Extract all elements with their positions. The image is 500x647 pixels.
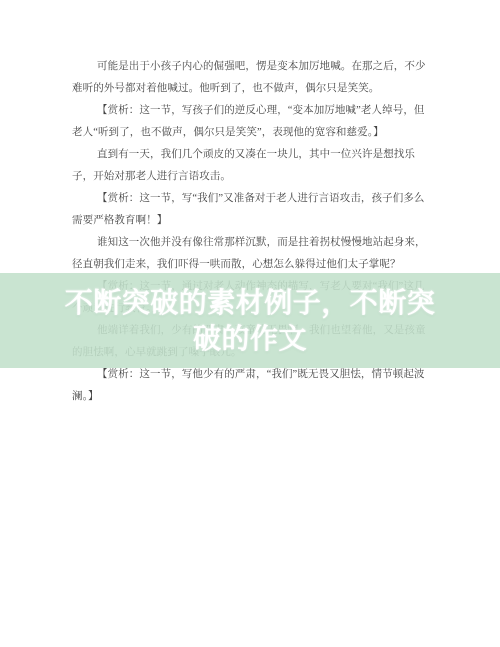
page-title-line2: 破的作文 [0,321,500,357]
narrative-paragraph-obscured: 谁知这一次他并没有像往常那样沉默，而是拄着拐杖慢慢地站起身来，径直朝我们走来，我… [72,232,429,276]
narrative-paragraph: 可能是出于小孩子内心的倔强吧，愣是变本加厉地喊。在那之后，不少难听的外号都对着他… [72,56,429,100]
annotation-paragraph: 【赏析：这一节，写“我们”又准备对于老人进行言语攻击，孩子们多么需要严格教育啊！… [72,188,429,232]
annotation-paragraph: 【赏析：这一节，写孩子们的逆反心理，“变本加厉地喊”老人绰号，但老人“听到了，也… [72,100,429,144]
page-title-line1: 不断突破的素材例子，不断突 [0,285,500,321]
title-overlay-banner: 不断突破的素材例子，不断突 破的作文 [0,273,500,368]
narrative-paragraph: 直到有一天，我们几个顽皮的又凑在一块儿，其中一位兴许是想找乐子，开始对那老人进行… [72,144,429,188]
annotation-paragraph: 【赏析：这一节，写他少有的严肃，“我们”既无畏又胆怯，情节顿起波澜。】 [72,364,429,408]
